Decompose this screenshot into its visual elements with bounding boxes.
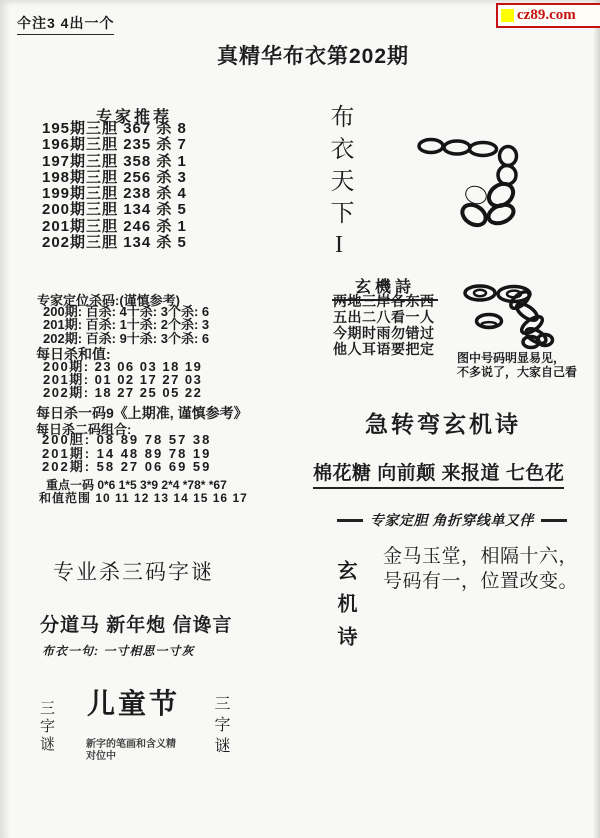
- divider-bar-right: [541, 519, 567, 522]
- yellow-square-icon: [501, 9, 514, 22]
- daily-kill-two-code-list: 200胆: 08 89 78 57 38 201期: 14 48 89 78 1…: [42, 433, 211, 474]
- three-char-riddle-label-left: 三字谜: [36, 700, 57, 754]
- daily-kill-sum-row: 202期: 18 27 25 05 22: [43, 386, 202, 399]
- kill-three-line: 分道马 新年炮 信谗言: [40, 610, 233, 637]
- bean-sketch-top: [400, 120, 580, 245]
- expert-row: 202期三胆 134 杀 5: [42, 235, 187, 251]
- daily-kill-two-code-row: 202期: 58 27 06 69 59: [42, 460, 211, 474]
- bottom-poem-vertical-title: 玄机诗: [331, 560, 360, 659]
- riddle-note: 新字的笔画和含义精 对位中: [86, 739, 176, 763]
- expert-row: 197期三胆 358 杀 1: [42, 154, 187, 170]
- expert-recommend-list: 195期三胆 367 杀 8 196期三胆 235 杀 7 197期三胆 358…: [42, 121, 187, 251]
- buyi-sentence: 布衣一句: 一寸相思一寸灰: [42, 642, 194, 659]
- turn-poem-title: 急转弯玄机诗: [365, 406, 521, 439]
- bottom-poem-line: 号码有一，位置改变。: [383, 569, 578, 594]
- bean-sketch-zigzag: [450, 276, 570, 359]
- mystery-poem-lines: 两地三岸各东西 五出二八看一人 今期时雨勿错过 他人耳语要把定: [333, 293, 435, 357]
- expert-row: 195期三胆 367 杀 8: [42, 121, 187, 137]
- scanned-lottery-sheet: 仐注3 4出一个 cz89.com 真精华布衣第202期 专家推荐 195期三胆…: [0, 0, 600, 838]
- mystery-poem-line: 他人耳语要把定: [333, 341, 435, 357]
- kill-three-title: 专业杀三码字谜: [53, 556, 214, 586]
- expert-row: 196期三胆 235 杀 7: [42, 137, 187, 153]
- divider-bar-left: [337, 519, 363, 522]
- position-kill-row: 201期: 百杀: 1十杀: 2个杀: 3: [43, 318, 209, 331]
- expert-footer-line: 专家定胆 角折穿线单又伴: [337, 510, 567, 530]
- sum-range-line: 和值范围 10 11 12 13 14 15 16 17: [39, 489, 248, 506]
- position-kill-row: 200期: 百杀: 4十杀: 3个杀: 6: [43, 305, 209, 318]
- bottom-poem-lines: 金马玉堂，相隔十六， 号码有一，位置改变。: [383, 544, 578, 594]
- mystery-poem-line: 今期时雨勿错过: [333, 325, 435, 341]
- turn-poem-line: 棉花糖 向前颠 来报道 七色花: [313, 458, 564, 489]
- three-char-riddle-label-right: 三字谜: [209, 695, 232, 758]
- page-title: 真精华布衣第202期: [163, 40, 463, 70]
- expert-row: 198期三胆 256 杀 3: [42, 170, 187, 186]
- sketch-caption-line: 不多说了，大家自己看: [457, 366, 577, 380]
- expert-row: 201期三胆 246 杀 1: [42, 219, 187, 235]
- sketch-caption: 图中号码明显易见， 不多说了，大家自己看: [457, 352, 577, 379]
- expert-row: 200期三胆 134 杀 5: [42, 202, 187, 218]
- riddle-note-line: 对位中: [86, 751, 176, 763]
- site-watermark: cz89.com: [496, 3, 600, 28]
- daily-kill-two-code-row: 201期: 14 48 89 78 19: [42, 447, 211, 461]
- position-kill-list: 200期: 百杀: 4十杀: 3个杀: 6 201期: 百杀: 1十杀: 2个杀…: [43, 305, 209, 345]
- mystery-poem-line: 两地三岸各东西: [333, 293, 435, 309]
- site-watermark-text: cz89.com: [517, 7, 576, 24]
- sketch-caption-line: 图中号码明显易见，: [457, 352, 577, 366]
- expert-footer-text: 专家定胆 角折穿线单又伴: [370, 510, 534, 530]
- top-note: 仐注3 4出一个: [17, 13, 114, 35]
- riddle-note-line: 新字的笔画和含义精: [86, 739, 176, 751]
- three-char-riddle-answer: 儿童节: [87, 682, 180, 722]
- daily-kill-two-code-row: 200胆: 08 89 78 57 38: [42, 433, 211, 447]
- buyi-vertical-title: 布衣天下I: [322, 104, 357, 266]
- mystery-poem-line: 五出二八看一人: [333, 309, 435, 325]
- daily-kill-sum-list: 200期: 23 06 03 18 19 201期: 01 02 17 27 0…: [43, 360, 202, 400]
- bottom-poem-line: 金马玉堂，相隔十六，: [383, 544, 578, 569]
